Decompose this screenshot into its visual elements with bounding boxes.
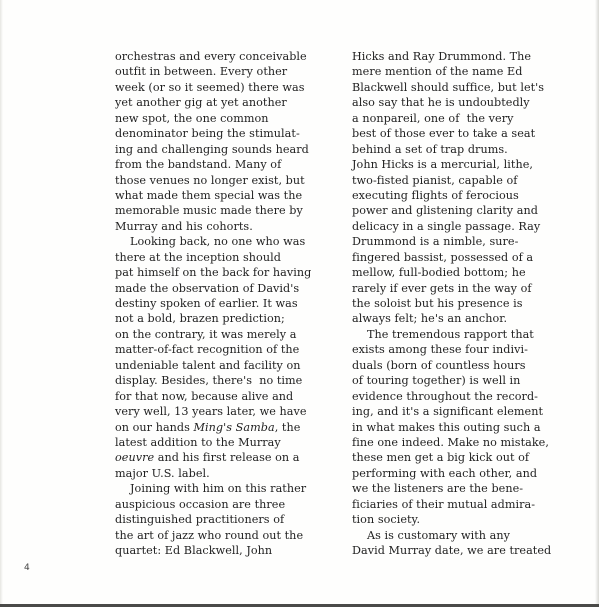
text-line: Drummond is a nimble, sure- (352, 234, 562, 249)
page-edge-right (595, 0, 599, 607)
text-line-content: in what makes this outing such a (352, 421, 541, 434)
text-line-content: distinguished practitioners of (115, 513, 284, 526)
text-line: fine one indeed. Make no mistake, (352, 435, 562, 450)
text-line-content: what made them special was the (115, 189, 302, 202)
text-line: denominator being the stimulat- (115, 126, 325, 141)
text-line: in what makes this outing such a (352, 420, 562, 435)
text-line-content: also say that he is undoubtedly (352, 96, 530, 109)
text-line: those venues no longer exist, but (115, 173, 325, 188)
text-line: destiny spoken of earlier. It was (115, 296, 325, 311)
text-line: undeniable talent and facility on (115, 358, 325, 373)
text-line-content: quartet: Ed Blackwell, John (115, 544, 272, 557)
italic-title: oeuvre (115, 451, 154, 464)
text-line: performing with each other, and (352, 466, 562, 481)
text-line-content: we the listeners are the bene- (352, 482, 523, 495)
text-line: Murray and his cohorts. (115, 219, 325, 234)
text-line: new spot, the one common (115, 111, 325, 126)
text-line: mere mention of the name Ed (352, 64, 562, 79)
text-line-content: yet another gig at yet another (115, 96, 287, 109)
text-line-content: on the contrary, it was merely a (115, 328, 296, 341)
text-line-content: destiny spoken of earlier. It was (115, 297, 298, 310)
text-line: on the contrary, it was merely a (115, 327, 325, 342)
text-line-content: undeniable talent and facility on (115, 359, 301, 372)
text-line-content: Looking back, no one who was (130, 235, 305, 248)
text-line-content: very well, 13 years later, we have (115, 405, 307, 418)
text-line-content: memorable music made there by (115, 204, 303, 217)
text-line-content: matter-of-fact recognition of the (115, 343, 299, 356)
text-line: exists among these four indivi- (352, 342, 562, 357)
text-line-content: pat himself on the back for having (115, 266, 311, 279)
text-line: for that now, because alive and (115, 389, 325, 404)
text-line: executing flights of ferocious (352, 188, 562, 203)
page-number: 4 (24, 563, 30, 573)
text-line: two-fisted pianist, capable of (352, 173, 562, 188)
text-line-content: those venues no longer exist, but (115, 174, 305, 187)
text-line-content: the art of jazz who round out the (115, 529, 303, 542)
text-line: Blackwell should suffice, but let's (352, 80, 562, 95)
text-line: tion society. (352, 512, 562, 527)
text-line-content: on our hands (115, 421, 194, 434)
text-line-content: a nonpareil, one of the very (352, 112, 513, 125)
text-line-content: John Hicks is a mercurial, lithe, (352, 158, 533, 171)
text-line: John Hicks is a mercurial, lithe, (352, 157, 562, 172)
text-line: power and glistening clarity and (352, 203, 562, 218)
text-line: ficiaries of their mutual admira- (352, 497, 562, 512)
text-line-content: of touring together) is well in (352, 374, 520, 387)
text-line-content: performing with each other, and (352, 467, 537, 480)
text-line-content: these men get a big kick out of (352, 451, 529, 464)
text-line: Looking back, no one who was (115, 234, 325, 249)
text-line-content: display. Besides, there's no time (115, 374, 302, 387)
text-line-content: best of those ever to take a seat (352, 127, 535, 140)
text-line-content: Blackwell should suffice, but let's (352, 81, 544, 94)
text-line-content: executing flights of ferocious (352, 189, 519, 202)
text-line-content: duals (born of countless hours (352, 359, 526, 372)
text-line: from the bandstand. Many of (115, 157, 325, 172)
text-line: also say that he is undoubtedly (352, 95, 562, 110)
text-line-content: evidence throughout the record- (352, 390, 538, 403)
text-line: week (or so it seemed) there was (115, 80, 325, 95)
text-line-content: from the bandstand. Many of (115, 158, 281, 171)
text-line: outfit in between. Every other (115, 64, 325, 79)
text-line-content: tion society. (352, 513, 420, 526)
text-line-content: and his first release on a (154, 451, 299, 464)
text-line: the art of jazz who round out the (115, 528, 325, 543)
text-line-content: As is customary with any (367, 529, 510, 542)
text-line-content: mellow, full-bodied bottom; he (352, 266, 526, 279)
text-line-content: ing, and it's a significant element (352, 405, 543, 418)
text-line-content: David Murray date, we are treated (352, 544, 551, 557)
text-line: Joining with him on this rather (115, 481, 325, 496)
text-line: As is customary with any (352, 528, 562, 543)
text-line-content: made the observation of David's (115, 282, 299, 295)
text-line: David Murray date, we are treated (352, 543, 562, 558)
text-line-content: behind a set of trap drums. (352, 143, 508, 156)
text-line-content: orchestras and every conceivable (115, 50, 307, 63)
text-line: best of those ever to take a seat (352, 126, 562, 141)
text-line: mellow, full-bodied bottom; he (352, 265, 562, 280)
text-line: evidence throughout the record- (352, 389, 562, 404)
text-line: the soloist but his presence is (352, 296, 562, 311)
text-line: distinguished practitioners of (115, 512, 325, 527)
text-line: made the observation of David's (115, 281, 325, 296)
text-line: major U.S. label. (115, 466, 325, 481)
text-line: behind a set of trap drums. (352, 142, 562, 157)
text-line: ing and challenging sounds heard (115, 142, 325, 157)
text-line: always felt; he's an anchor. (352, 311, 562, 326)
text-line: of touring together) is well in (352, 373, 562, 388)
text-line-content: the soloist but his presence is (352, 297, 523, 310)
text-line-content: fine one indeed. Make no mistake, (352, 436, 549, 449)
text-line-content: Joining with him on this rather (130, 482, 306, 495)
text-line-content: Hicks and Ray Drummond. The (352, 50, 531, 63)
text-line: very well, 13 years later, we have (115, 404, 325, 419)
text-line-content: week (or so it seemed) there was (115, 81, 305, 94)
text-line-content: Drummond is a nimble, sure- (352, 235, 518, 248)
text-line: Hicks and Ray Drummond. The (352, 49, 562, 64)
text-line-content: The tremendous rapport that (367, 328, 534, 341)
text-line: memorable music made there by (115, 203, 325, 218)
text-line: The tremendous rapport that (352, 327, 562, 342)
text-line: ing, and it's a significant element (352, 404, 562, 419)
text-column-right: Hicks and Ray Drummond. Themere mention … (352, 49, 562, 558)
text-line-content: denominator being the stimulat- (115, 127, 300, 140)
text-line: what made them special was the (115, 188, 325, 203)
text-line-content: Murray and his cohorts. (115, 220, 253, 233)
text-line: matter-of-fact recognition of the (115, 342, 325, 357)
text-line-content: , the (275, 421, 301, 434)
text-line-content: power and glistening clarity and (352, 204, 538, 217)
text-line: delicacy in a single passage. Ray (352, 219, 562, 234)
text-line: quartet: Ed Blackwell, John (115, 543, 325, 558)
text-line: duals (born of countless hours (352, 358, 562, 373)
text-line-content: there at the inception should (115, 251, 281, 264)
text-line: a nonpareil, one of the very (352, 111, 562, 126)
text-line-content: auspicious occasion are three (115, 498, 285, 511)
text-line: orchestras and every conceivable (115, 49, 325, 64)
text-line: latest addition to the Murray (115, 435, 325, 450)
text-line-content: major U.S. label. (115, 467, 210, 480)
text-line: on our hands Ming's Samba, the (115, 420, 325, 435)
text-line: display. Besides, there's no time (115, 373, 325, 388)
text-line: we the listeners are the bene- (352, 481, 562, 496)
text-line: rarely if ever gets in the way of (352, 281, 562, 296)
text-line: yet another gig at yet another (115, 95, 325, 110)
text-line-content: new spot, the one common (115, 112, 269, 125)
text-line-content: for that now, because alive and (115, 390, 293, 403)
text-line-content: two-fisted pianist, capable of (352, 174, 517, 187)
text-line-content: ficiaries of their mutual admira- (352, 498, 535, 511)
text-column-left: orchestras and every conceivableoutfit i… (115, 49, 325, 558)
text-line-content: not a bold, brazen prediction; (115, 312, 285, 325)
text-line: auspicious occasion are three (115, 497, 325, 512)
italic-title: Ming's Samba (194, 421, 275, 434)
text-line: there at the inception should (115, 250, 325, 265)
text-line: pat himself on the back for having (115, 265, 325, 280)
text-line-content: delicacy in a single passage. Ray (352, 220, 540, 233)
text-line-content: rarely if ever gets in the way of (352, 282, 532, 295)
text-line-content: latest addition to the Murray (115, 436, 281, 449)
text-line: these men get a big kick out of (352, 450, 562, 465)
text-line-content: exists among these four indivi- (352, 343, 528, 356)
text-line-content: mere mention of the name Ed (352, 65, 522, 78)
text-line-content: always felt; he's an anchor. (352, 312, 507, 325)
text-line-content: ing and challenging sounds heard (115, 143, 309, 156)
page-edge-left (0, 0, 3, 607)
text-line: oeuvre and his first release on a (115, 450, 325, 465)
text-line-content: outfit in between. Every other (115, 65, 287, 78)
document-page: orchestras and every conceivableoutfit i… (0, 0, 599, 607)
text-line: not a bold, brazen prediction; (115, 311, 325, 326)
text-line-content: fingered bassist, possessed of a (352, 251, 533, 264)
text-line: fingered bassist, possessed of a (352, 250, 562, 265)
